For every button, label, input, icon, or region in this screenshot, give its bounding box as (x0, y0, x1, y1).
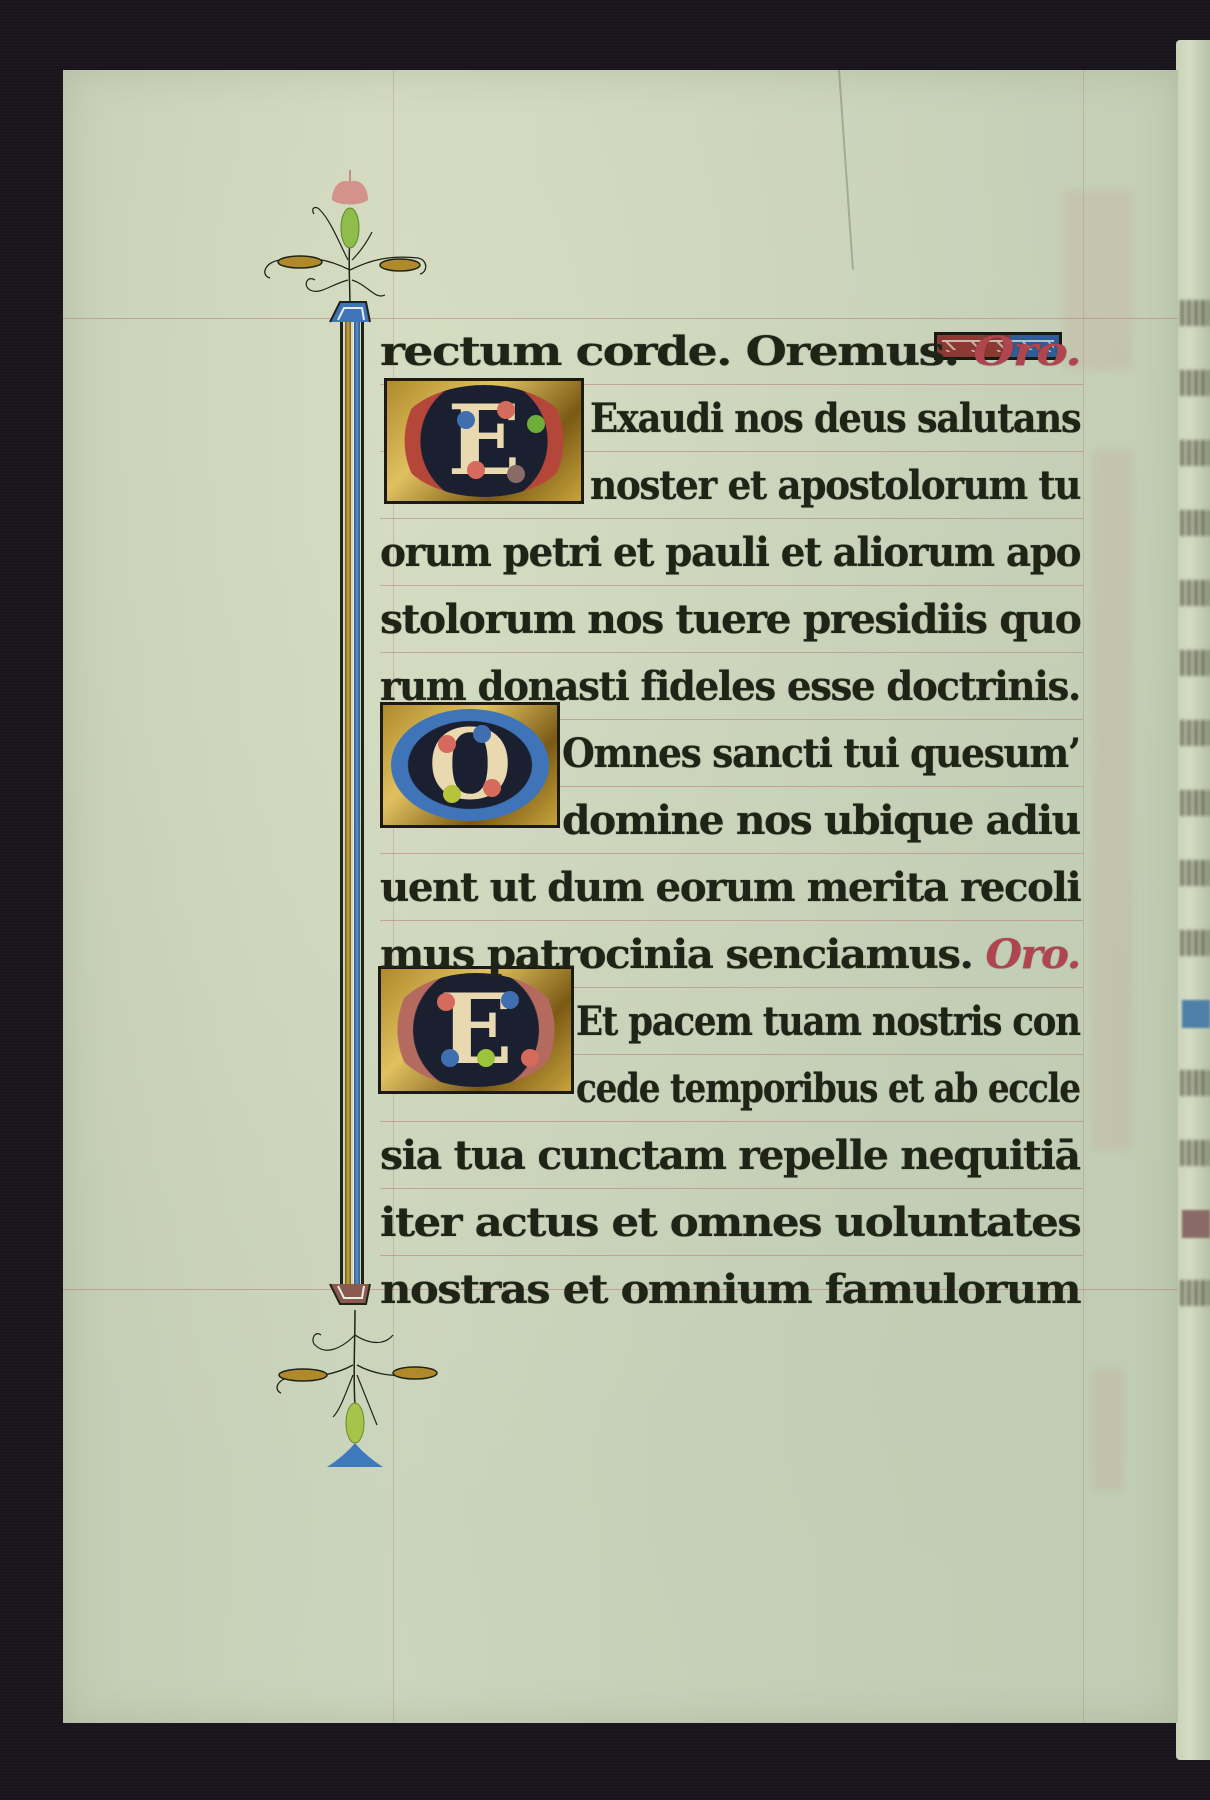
show-through-ghost (1093, 1370, 1123, 1490)
text-line: nostras et omnium famulorum (380, 1256, 1080, 1323)
text-line: orum petri et pauli et aliorum apo (380, 519, 1080, 586)
text-line: Et pacem tuam nostris con (576, 988, 1080, 1055)
text-line: rectum corde. Oremus. Oro. (380, 318, 1080, 385)
rubric-oratio: Oro. (985, 931, 1079, 978)
text-line: sia tua cunctam repelle nequitiā (380, 1122, 1080, 1189)
left-bar-border (340, 308, 364, 1296)
show-through-ghost (1093, 450, 1133, 1150)
rubric-oratio: Oro. (973, 328, 1080, 375)
text-line: mus patrocinia senciamus. Oro. (380, 921, 1080, 988)
illuminated-initial-e: E (384, 378, 584, 504)
text-line: uent ut dum eorum merita recoli (380, 854, 1080, 921)
text-line: Exaudi nos deus salutans (590, 385, 1080, 452)
bar-border-top-cap (326, 296, 374, 324)
adjacent-page-edge (1176, 40, 1210, 1760)
text-line: noster et apostolorum tu (590, 452, 1080, 519)
bottom-floral-sprig (255, 1305, 455, 1485)
text-line: Omnes sancti tui quesum’ (562, 720, 1080, 787)
text-line: stolorum nos tuere presidiis quo (380, 586, 1080, 653)
text-line: iter actus et omnes uoluntates (380, 1189, 1080, 1256)
illuminated-initial-o: O (380, 702, 560, 828)
text-line: rum donasti fideles esse doctrinis. (380, 653, 1080, 720)
text-line: cede temporibus et ab eccle (576, 1055, 1080, 1122)
parchment-crease (838, 70, 854, 270)
text-line: domine nos ubique adiu (562, 787, 1080, 854)
